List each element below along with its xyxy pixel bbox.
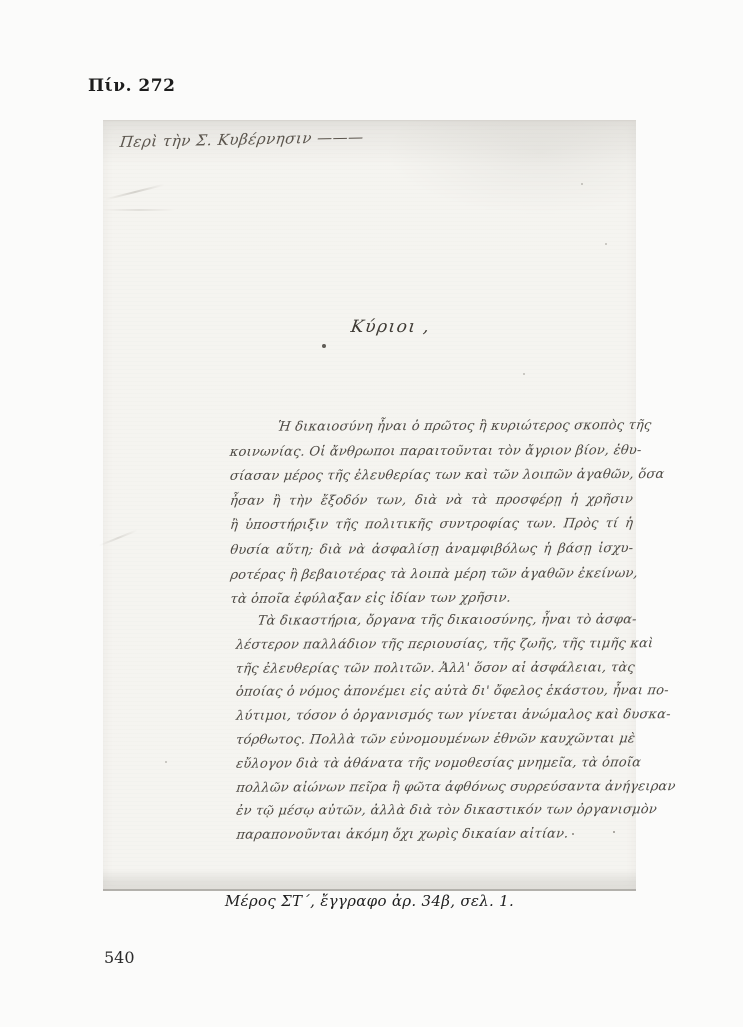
- manuscript-line: Ἡ δικαιοσύνη ἦναι ὁ πρῶτος ἢ κυριώτερος …: [228, 414, 634, 440]
- ink-speck: [165, 761, 167, 763]
- manuscript-line: ἢ ὑποστήριξιν τῆς πολιτικῆς συντροφίας τ…: [229, 512, 635, 538]
- ink-speck: [605, 243, 607, 245]
- manuscript-line: τόρθωτος. Πολλὰ τῶν εὐνομουμένων ἐθνῶν κ…: [235, 727, 637, 752]
- manuscript-paragraph-2: Τὰ δικαστήρια, ὄργανα τῆς δικαιοσύνης, ἦ…: [236, 608, 636, 847]
- manuscript-line: λύτιμοι, τόσον ὁ ὀργανισμός των γίνεται …: [235, 703, 637, 728]
- scanned-letter-photo: Περὶ τὴν Σ. Κυβέρνησιν ——— Κύριοι , Ἡ δι…: [103, 120, 636, 891]
- manuscript-line: ὁποίας ὁ νόμος ἀπονέμει εἰς αὐτὰ δι' ὄφε…: [234, 680, 636, 705]
- ink-speck: [581, 183, 583, 185]
- paper-crease: [106, 184, 165, 200]
- manuscript-line: τῆς ἐλευθερίας τῶν πολιτῶν. Ἀλλ' ὅσον αἱ…: [234, 656, 636, 681]
- manuscript-line: πολλῶν αἰώνων πεῖρα ἢ φῶτα ἀφθόνως συρρε…: [235, 775, 637, 800]
- manuscript-line: ροτέρας ἢ βεβαιοτέρας τὰ λοιπὰ μέρη τῶν …: [229, 562, 635, 588]
- book-page: Πίν. 272 Περὶ τὴν Σ. Κυβέρνησιν ——— Κύρι…: [0, 0, 743, 1027]
- salutation: Κύριοι ,: [350, 317, 432, 337]
- manuscript-line: παραπονοῦνται ἀκόμη ὄχι χωρὶς δικαίαν αἰ…: [235, 822, 637, 847]
- manuscript-line: Τὰ δικαστήρια, ὄργανα τῆς δικαιοσύνης, ἦ…: [234, 608, 636, 633]
- paper-crease: [98, 529, 138, 547]
- page-number: 540: [104, 948, 135, 967]
- figure-caption: Μέρος ΣΤ΄, ἔγγραφο ἀρ. 34β, σελ. 1.: [103, 892, 636, 910]
- manuscript-line: ἦσαν ἢ τὴν ἔξοδόν των, διὰ νὰ τὰ προσφέρ…: [228, 488, 634, 514]
- manuscript-line: λέστερον παλλάδιον τῆς περιουσίας, τῆς ζ…: [234, 632, 636, 657]
- manuscript-line: σίασαν μέρος τῆς ἐλευθερίας των καὶ τῶν …: [228, 463, 634, 489]
- manuscript-line: εὔλογον διὰ τὰ ἀθάνατα τῆς νομοθεσίας μν…: [235, 751, 637, 776]
- ink-speck: [322, 344, 326, 348]
- manuscript-line: κοινωνίας. Οἱ ἄνθρωποι παραιτοῦνται τὸν …: [228, 439, 634, 465]
- manuscript-line: ἐν τῷ μέσῳ αὐτῶν, ἀλλὰ διὰ τὸν δικαστικό…: [235, 799, 637, 824]
- manuscript-line: θυσία αὕτη; διὰ νὰ ἀσφαλίσῃ ἀναμφιβόλως …: [229, 537, 635, 563]
- ink-speck: [523, 373, 525, 375]
- archival-annotation: Περὶ τὴν Σ. Κυβέρνησιν ———: [119, 128, 365, 151]
- manuscript-paragraph-1: Ἡ δικαιοσύνη ἦναι ὁ πρῶτος ἢ κυριώτερος …: [230, 414, 634, 613]
- paper-crease: [103, 209, 175, 211]
- plate-label: Πίν. 272: [88, 76, 175, 96]
